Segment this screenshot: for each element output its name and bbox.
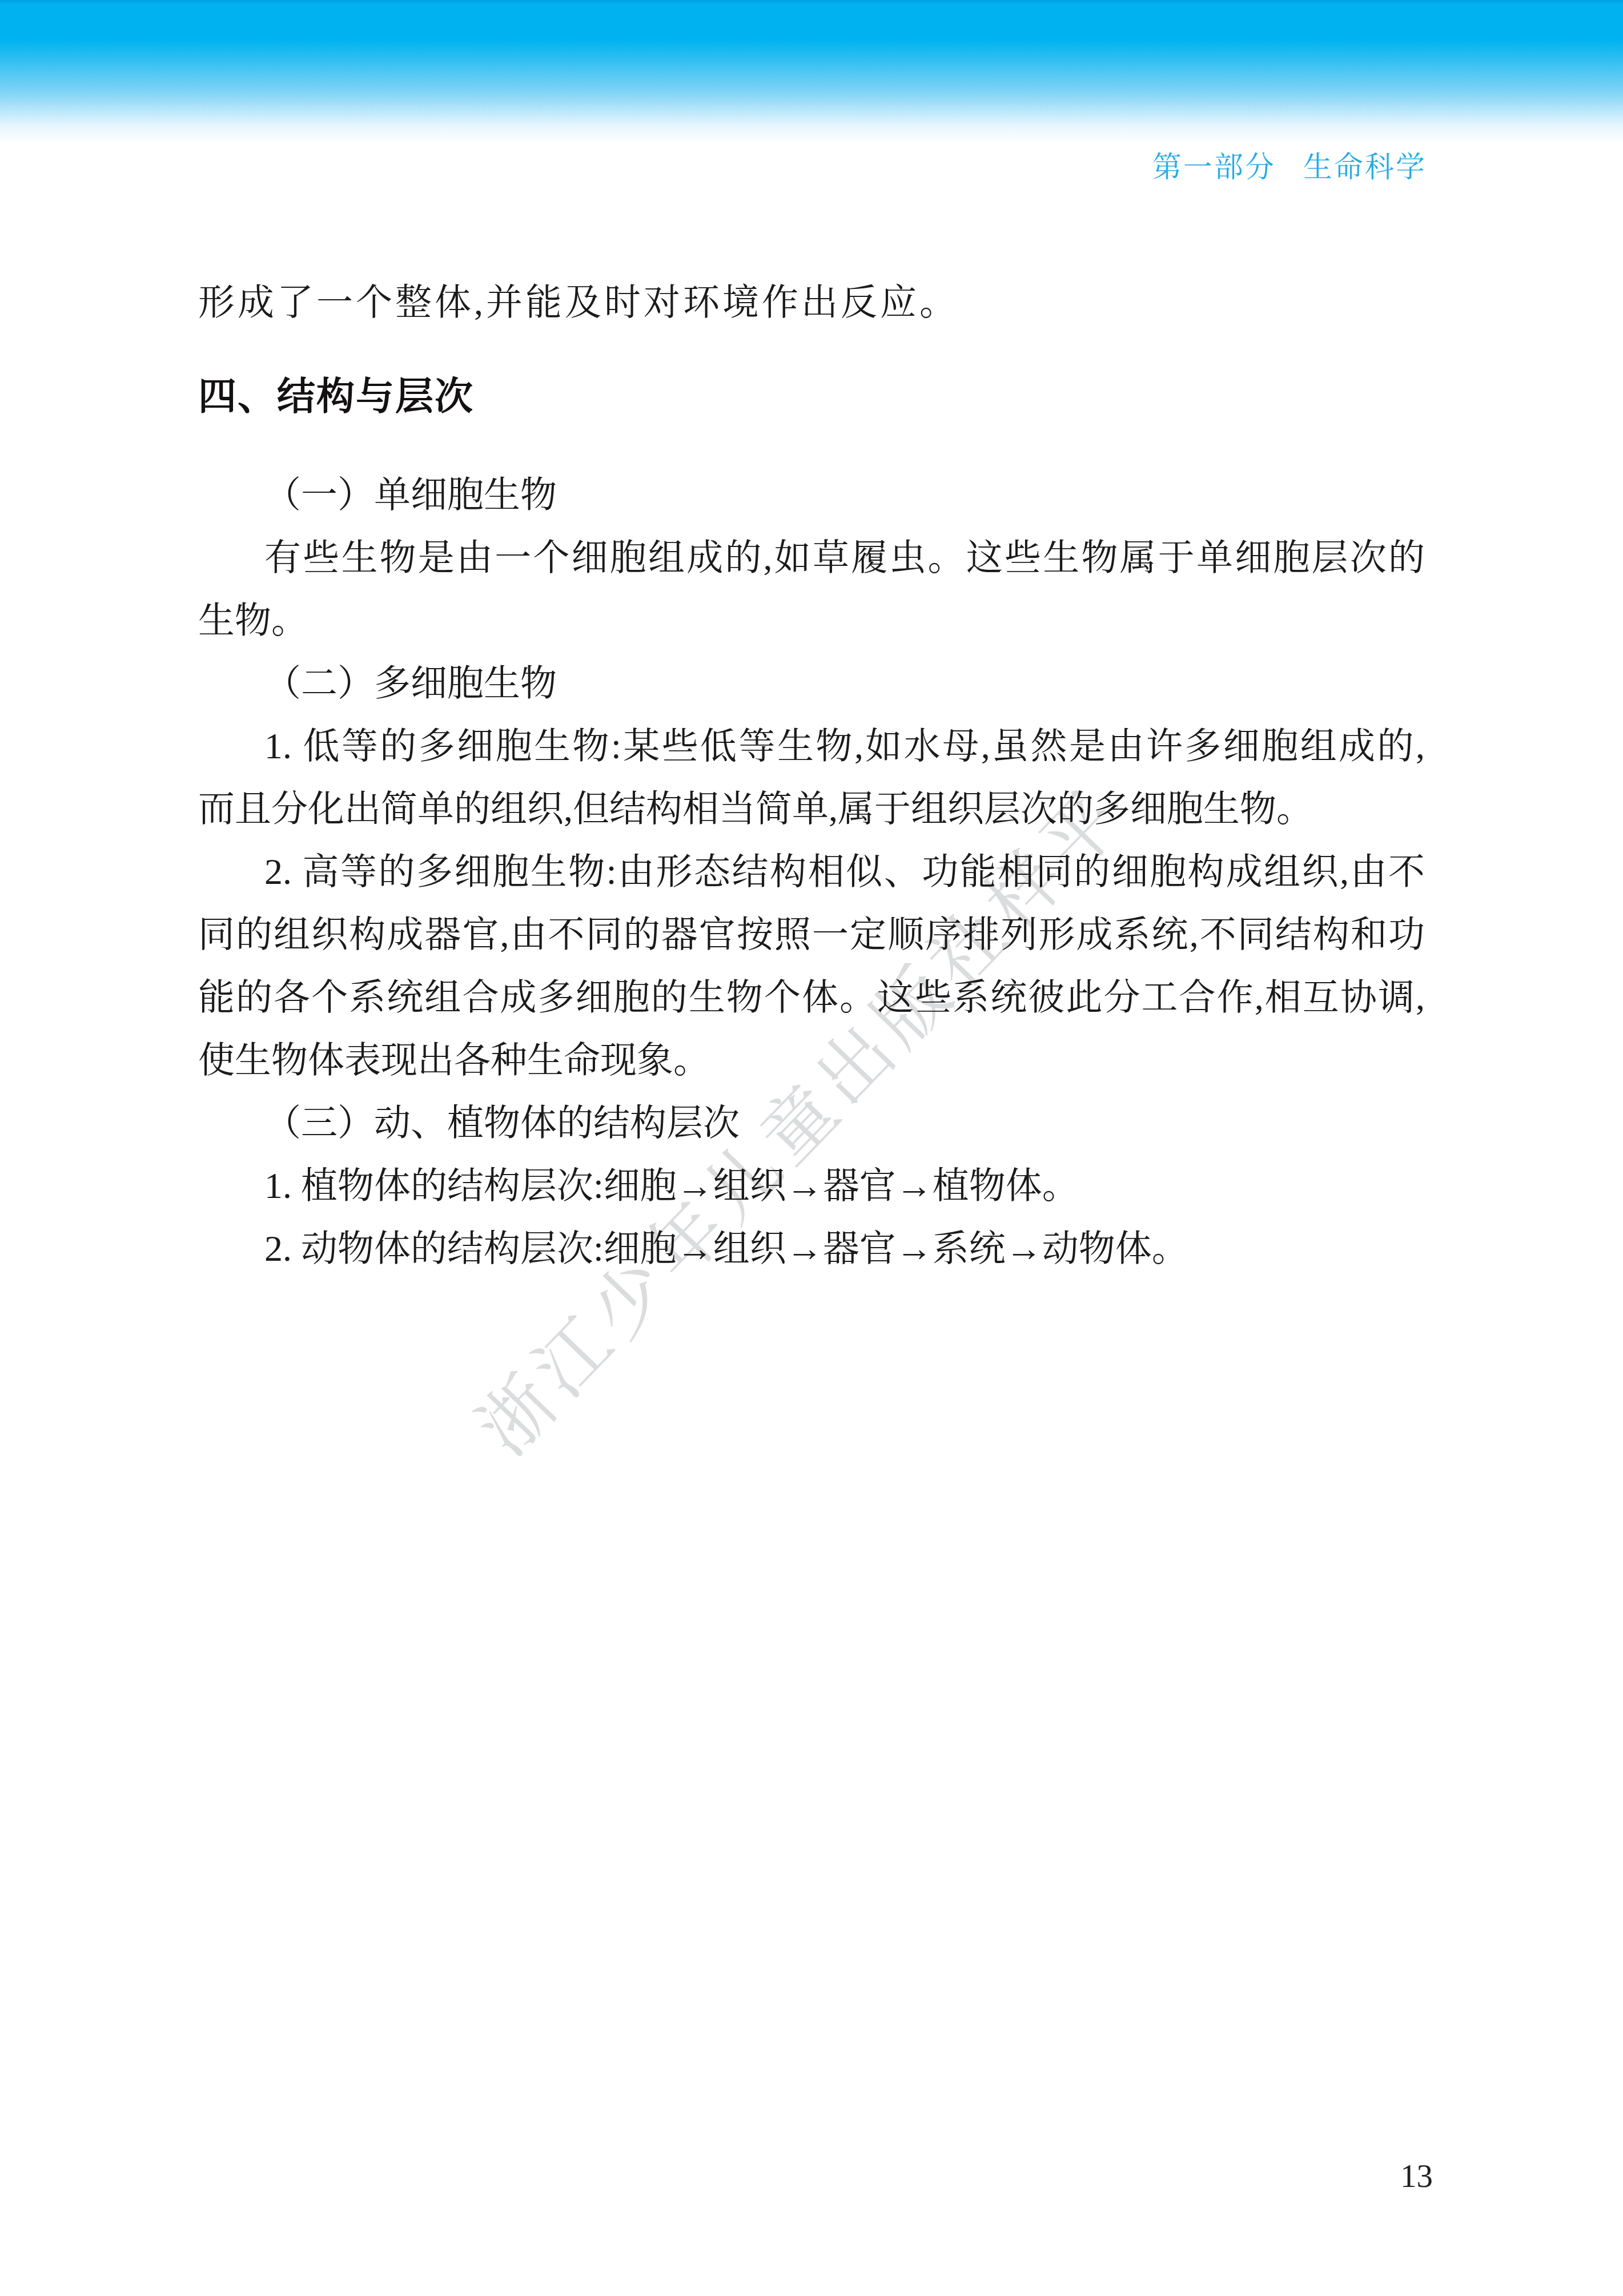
body-line-2: （一）单细胞生物 xyxy=(198,477,1425,513)
body-line-11: 使生物体表现出各种生命现象。 xyxy=(198,1042,1425,1079)
body-line-12: （三）动、植物体的结构层次 xyxy=(198,1105,1425,1141)
body-line-7: 而且分化出简单的组织,但结构相当简单,属于组织层次的多细胞生物。 xyxy=(198,791,1425,827)
body-line-9: 同的组织构成器官,由不同的器官按照一定顺序排列形成系统,不同结构和功 xyxy=(198,916,1425,953)
body-line-1: 形成了一个整体,并能及时对环境作出反应。 xyxy=(198,284,1425,321)
textbook-page: 第一部分 生命科学 浙江少年儿童出版社样平 形成了一个整体,并能及时对环境作出反… xyxy=(0,0,1623,2296)
body-line-8: 2. 高等的多细胞生物:由形态结构相似、功能相同的细胞构成组织,由不 xyxy=(198,854,1425,890)
header-subject-label: 生命科学 xyxy=(1303,151,1427,184)
running-header: 第一部分 生命科学 xyxy=(1152,151,1427,184)
header-gradient-band xyxy=(0,0,1623,144)
body-line-10: 能的各个系统组合成多细胞的生物个体。这些系统彼此分工合作,相互协调, xyxy=(198,979,1425,1016)
body-line-5: （二）多细胞生物 xyxy=(198,665,1425,702)
section-heading: 四、结构与层次 xyxy=(198,377,1425,416)
body-line-13: 1. 植物体的结构层次:细胞→组织→器官→植物体。 xyxy=(198,1168,1425,1204)
body-line-4: 生物。 xyxy=(198,602,1425,639)
page-number: 13 xyxy=(1400,2160,1433,2194)
header-part-label: 第一部分 xyxy=(1152,151,1276,184)
body-line-6: 1. 低等的多细胞生物:某些低等生物,如水母,虽然是由许多细胞组成的, xyxy=(198,728,1425,765)
body-line-3: 有些生物是由一个细胞组成的,如草履虫。这些生物属于单细胞层次的 xyxy=(198,540,1425,576)
body-line-14: 2. 动物体的结构层次:细胞→组织→器官→系统→动物体。 xyxy=(198,1231,1425,1267)
